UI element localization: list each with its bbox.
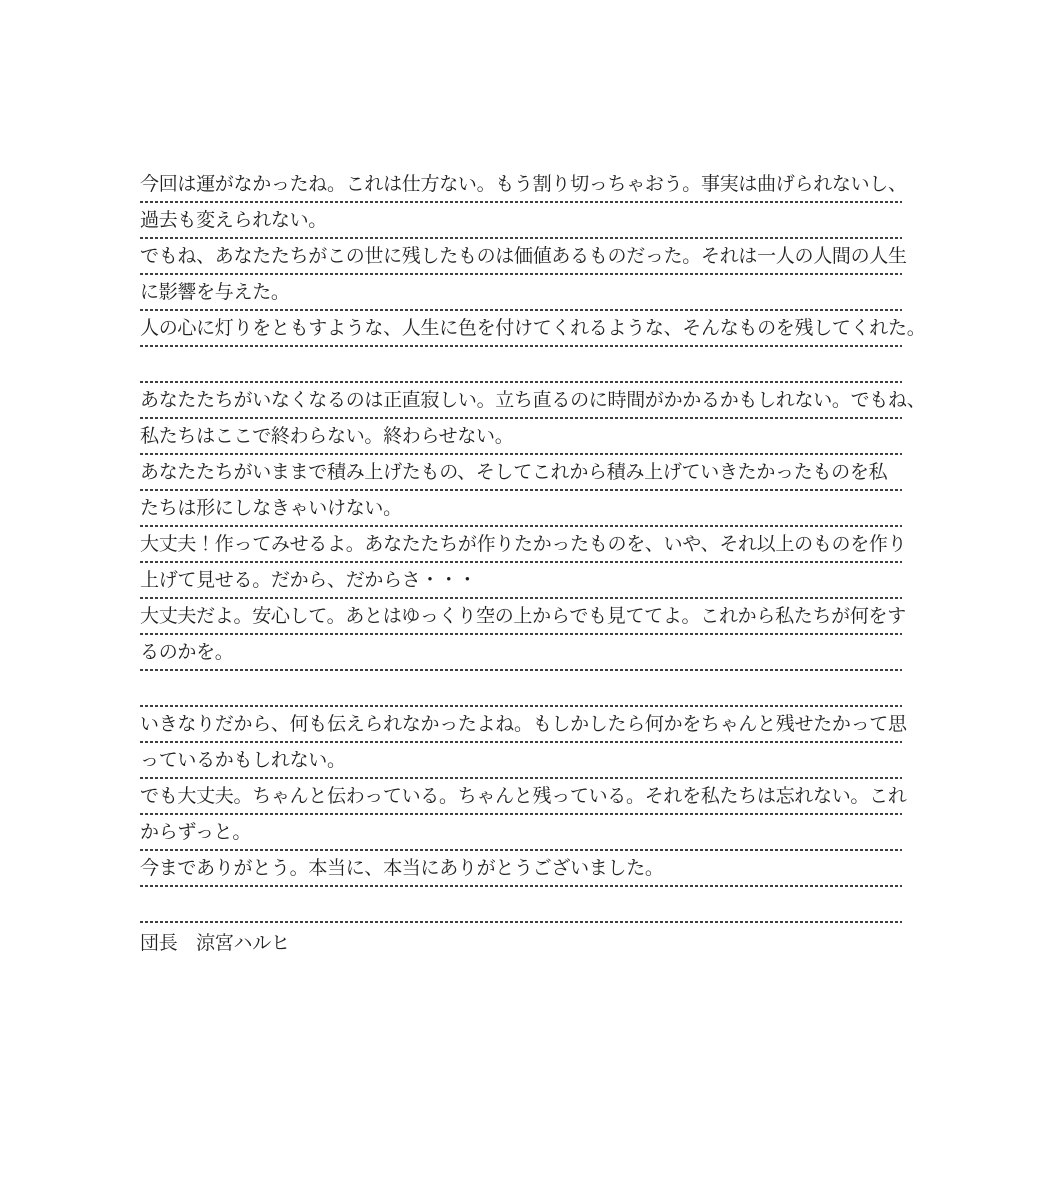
letter-line: っているかもしれない。 <box>140 743 902 779</box>
letter-line: 過去も変えられない。 <box>140 203 902 239</box>
letter-blank-line <box>140 887 902 923</box>
letter-line: 大丈夫！作ってみせるよ。あなたたちが作りたかったものを、いや、それ以上のものを作… <box>140 527 902 563</box>
letter-line: 大丈夫だよ。安心して。あとはゆっくり空の上からでも見ててよ。これから私たちが何を… <box>140 599 902 635</box>
letter-line: 私たちはここで終わらない。終わらせない。 <box>140 419 902 455</box>
letter-line: 今回は運がなかったね。これは仕方ない。もう割り切っちゃおう。事実は曲げられないし… <box>140 167 902 203</box>
letter-line: るのかを。 <box>140 635 902 671</box>
letter-body: 今回は運がなかったね。これは仕方ない。もう割り切っちゃおう。事実は曲げられないし… <box>140 167 902 961</box>
letter-line: 今までありがとう。本当に、本当にありがとうございました。 <box>140 851 902 887</box>
letter-line: たちは形にしなきゃいけない。 <box>140 491 902 527</box>
letter-line: でも大丈夫。ちゃんと伝わっている。ちゃんと残っている。それを私たちは忘れない。こ… <box>140 779 902 815</box>
letter-blank-line <box>140 671 902 707</box>
signature-line: 団長 涼宮ハルヒ <box>140 923 902 961</box>
letter-line: 上げて見せる。だから、だからさ・・・ <box>140 563 902 599</box>
letter-line: いきなりだから、何も伝えられなかったよね。もしかしたら何かをちゃんと残せたかって… <box>140 707 902 743</box>
letter-page: 今回は運がなかったね。これは仕方ない。もう割り切っちゃおう。事実は曲げられないし… <box>0 0 1044 1200</box>
letter-line: でもね、あなたたちがこの世に残したものは価値あるものだった。それは一人の人間の人… <box>140 239 902 275</box>
letter-blank-line <box>140 347 902 383</box>
letter-line: あなたたちがいままで積み上げたもの、そしてこれから積み上げていきたかったものを私 <box>140 455 902 491</box>
letter-line: からずっと。 <box>140 815 902 851</box>
letter-line: あなたたちがいなくなるのは正直寂しい。立ち直るのに時間がかかるかもしれない。でも… <box>140 383 902 419</box>
letter-line: に影響を与えた。 <box>140 275 902 311</box>
letter-line: 人の心に灯りをともすような、人生に色を付けてくれるような、そんなものを残してくれ… <box>140 311 902 347</box>
